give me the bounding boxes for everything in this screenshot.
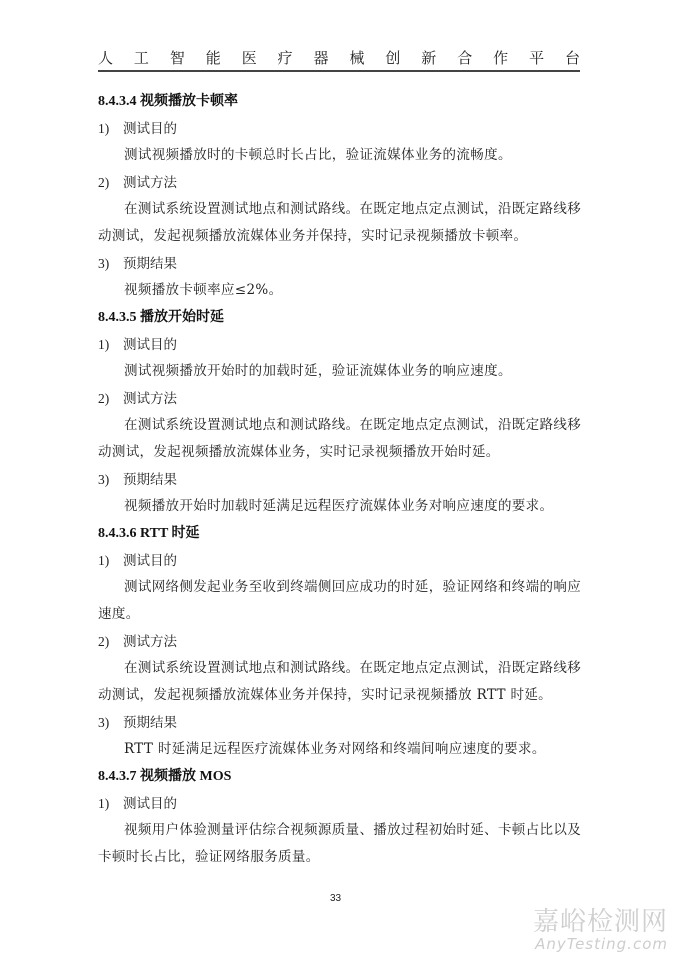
section-stall-rate: 8.4.3.4 视频播放卡顿率 1)测试目的 测试视频播放时的卡顿总时长占比，验…: [98, 88, 582, 304]
paragraph-line: 在测试系统设置测试地点和测试路线。在既定地点定点测试，沿既定路线移: [98, 412, 582, 439]
paragraph: 视频播放开始时加载时延满足远程医疗流媒体业务对响应速度的要求。: [98, 493, 582, 520]
item-label: 2)测试方法: [98, 385, 582, 412]
header-char: 疗: [278, 48, 293, 68]
item-title: 预期结果: [123, 256, 177, 272]
paragraph: 视频用户体验测量评估综合视频源质量、播放过程初始时延、卡顿占比以及 卡顿时长占比…: [98, 817, 582, 871]
item-number: 2): [98, 628, 123, 655]
paragraph-line: 动测试，发起视频播放流媒体业务，实时记录视频播放开始时延。: [98, 439, 582, 466]
section-heading: 8.4.3.5 播放开始时延: [98, 304, 582, 331]
header-char: 作: [493, 48, 508, 68]
item-label: 3)预期结果: [98, 466, 582, 493]
item-label: 1)测试目的: [98, 790, 582, 817]
paragraph-line: 测试网络侧发起业务至收到终端侧回应成功的时延，验证网络和终端的响应: [98, 574, 582, 601]
paragraph: 在测试系统设置测试地点和测试路线。在既定地点定点测试，沿既定路线移 动测试，发起…: [98, 196, 582, 250]
paragraph: 视频播放卡顿率应≤2%。: [98, 277, 582, 304]
item-title: 测试目的: [123, 796, 177, 812]
paragraph-line: 动测试，发起视频播放流媒体业务并保持，实时记录视频播放 RTT 时延。: [98, 682, 582, 709]
paragraph: 测试网络侧发起业务至收到终端侧回应成功的时延，验证网络和终端的响应 速度。: [98, 574, 582, 628]
item-label: 3)预期结果: [98, 709, 582, 736]
item-label: 1)测试目的: [98, 115, 582, 142]
paragraph: 测试视频播放开始时的加载时延，验证流媒体业务的响应速度。: [98, 358, 582, 385]
header-char: 智: [170, 48, 185, 68]
section-heading: 8.4.3.7 视频播放 MOS: [98, 763, 582, 790]
running-header: 人 工 智 能 医 疗 器 械 创 新 合 作 平 台: [98, 44, 580, 72]
item-number: 2): [98, 169, 123, 196]
paragraph: 在测试系统设置测试地点和测试路线。在既定地点定点测试，沿既定路线移 动测试，发起…: [98, 412, 582, 466]
paragraph-line: RTT 时延满足远程医疗流媒体业务对网络和终端间响应速度的要求。: [98, 736, 582, 763]
section-rtt-delay: 8.4.3.6 RTT 时延 1)测试目的 测试网络侧发起业务至收到终端侧回应成…: [98, 520, 582, 763]
watermark: 嘉峪检测网 AnyTesting.com: [533, 908, 668, 952]
section-start-delay: 8.4.3.5 播放开始时延 1)测试目的 测试视频播放开始时的加载时延，验证流…: [98, 304, 582, 520]
paragraph-line: 测试视频播放时的卡顿总时长占比，验证流媒体业务的流畅度。: [98, 142, 582, 169]
item-title: 预期结果: [123, 715, 177, 731]
header-char: 台: [565, 48, 580, 68]
item-label: 3)预期结果: [98, 250, 582, 277]
item-number: 1): [98, 115, 123, 142]
header-char: 械: [349, 48, 364, 68]
paragraph: RTT 时延满足远程医疗流媒体业务对网络和终端间响应速度的要求。: [98, 736, 582, 763]
item-label: 1)测试目的: [98, 331, 582, 358]
item-title: 测试方法: [123, 175, 177, 191]
item-title: 测试方法: [123, 391, 177, 407]
paragraph-line: 视频播放卡顿率应≤2%。: [98, 277, 582, 304]
section-heading: 8.4.3.4 视频播放卡顿率: [98, 88, 582, 115]
header-char: 人: [98, 48, 113, 68]
item-number: 3): [98, 709, 123, 736]
item-number: 1): [98, 331, 123, 358]
header-char: 医: [242, 48, 257, 68]
paragraph-line: 视频播放开始时加载时延满足远程医疗流媒体业务对响应速度的要求。: [98, 493, 582, 520]
item-number: 3): [98, 466, 123, 493]
item-label: 2)测试方法: [98, 169, 582, 196]
document-page: 人 工 智 能 医 疗 器 械 创 新 合 作 平 台 8.4.3.4 视频播放…: [0, 0, 680, 961]
paragraph-line: 测试视频播放开始时的加载时延，验证流媒体业务的响应速度。: [98, 358, 582, 385]
header-char: 合: [457, 48, 472, 68]
header-char: 创: [385, 48, 400, 68]
item-number: 3): [98, 250, 123, 277]
paragraph: 在测试系统设置测试地点和测试路线。在既定地点定点测试，沿既定路线移 动测试，发起…: [98, 655, 582, 709]
watermark-cn-text: 嘉峪检测网: [533, 908, 668, 936]
section-video-mos: 8.4.3.7 视频播放 MOS 1)测试目的 视频用户体验测量评估综合视频源质…: [98, 763, 582, 871]
paragraph: 测试视频播放时的卡顿总时长占比，验证流媒体业务的流畅度。: [98, 142, 582, 169]
item-label: 2)测试方法: [98, 628, 582, 655]
document-body: 8.4.3.4 视频播放卡顿率 1)测试目的 测试视频播放时的卡顿总时长占比，验…: [98, 88, 582, 871]
item-number: 2): [98, 385, 123, 412]
paragraph-line: 视频用户体验测量评估综合视频源质量、播放过程初始时延、卡顿占比以及: [98, 817, 582, 844]
item-title: 测试方法: [123, 634, 177, 650]
header-char: 工: [134, 48, 149, 68]
page-number: 33: [330, 893, 341, 904]
header-char: 平: [529, 48, 544, 68]
item-label: 1)测试目的: [98, 547, 582, 574]
item-title: 测试目的: [123, 337, 177, 353]
item-number: 1): [98, 790, 123, 817]
paragraph-line: 在测试系统设置测试地点和测试路线。在既定地点定点测试，沿既定路线移: [98, 196, 582, 223]
header-char: 新: [421, 48, 436, 68]
header-char: 能: [206, 48, 221, 68]
paragraph-line: 卡顿时长占比，验证网络服务质量。: [98, 844, 582, 871]
item-title: 测试目的: [123, 553, 177, 569]
header-char: 器: [314, 48, 329, 68]
section-heading: 8.4.3.6 RTT 时延: [98, 520, 582, 547]
item-number: 1): [98, 547, 123, 574]
watermark-en-text: AnyTesting.com: [533, 936, 668, 952]
paragraph-line: 动测试，发起视频播放流媒体业务并保持，实时记录视频播放卡顿率。: [98, 223, 582, 250]
item-title: 预期结果: [123, 472, 177, 488]
paragraph-line: 速度。: [98, 601, 582, 628]
item-title: 测试目的: [123, 121, 177, 137]
paragraph-line: 在测试系统设置测试地点和测试路线。在既定地点定点测试，沿既定路线移: [98, 655, 582, 682]
